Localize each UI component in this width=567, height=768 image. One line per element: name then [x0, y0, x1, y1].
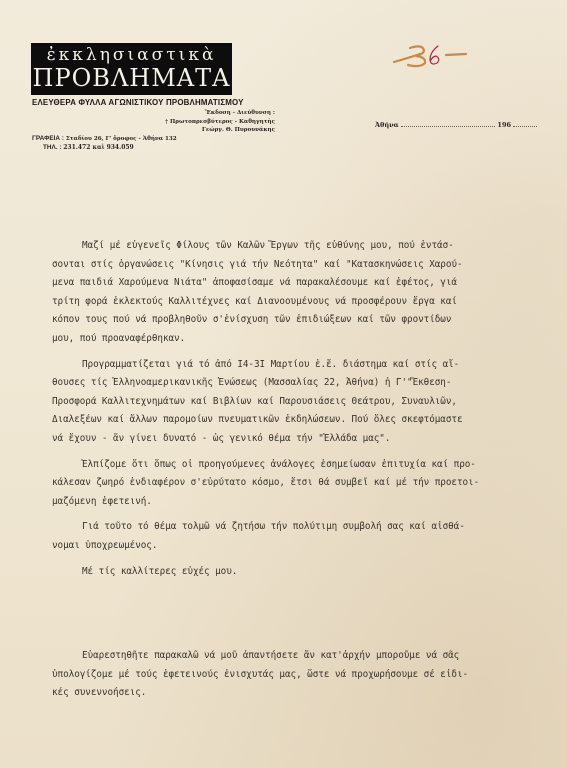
- text-line: τρίτη φορά ἐκλεκτούς Καλλιτέχνες καί Δια…: [52, 293, 522, 312]
- text-line: Ἐλπίζομε ὅτι ὅπως οἱ προηγούμενες ἀνάλογ…: [82, 456, 522, 475]
- paragraph: Προγραμματίζεται γιά τό ἀπό Ι4-3Ι Μαρτίο…: [82, 356, 522, 449]
- paragraph: Ἐλπίζομε ὅτι ὅπως οἱ προηγούμενες ἀνάλογ…: [82, 456, 522, 512]
- text-line: μου, πού προαναφέρθηκαν.: [52, 330, 522, 349]
- dateline-place: Ἀθήνα: [375, 121, 399, 129]
- text-line: θουσες τίς Ἑλληνοαμερικανικῆς Ἑνώσεως (Μ…: [52, 374, 522, 393]
- text-line: Μαζί μέ εὐγενεῖς Φίλους τῶν Καλῶν Ἔργων …: [52, 237, 522, 256]
- closing-line: Μέ τίς καλλίτερες εὐχές μου.: [82, 563, 522, 582]
- publisher-info: Ἔκδοση - Διεύθυνση : † Πρωτοπρεσβύτερος …: [60, 109, 275, 135]
- text-line: κάλεσαν ζωηρό ἐνδιαφέρον σ'εὐρύτατο κόσμ…: [52, 474, 522, 493]
- publisher-line: Ἔκδοση - Διεύθυνση :: [60, 109, 275, 118]
- paragraph: Μαζί μέ εὐγενεῖς Φίλους τῶν Καλῶν Ἔργων …: [82, 237, 522, 349]
- dateline: Ἀθήνα 196: [375, 121, 537, 129]
- text-line: Προγραμματίζεται γιά τό ἀπό Ι4-3Ι Μαρτίο…: [82, 356, 522, 375]
- text-line: Εὐαρεστηθῆτε παρακαλῶ νά μοῦ ἀπαντήσετε …: [82, 647, 522, 666]
- phone-line: ΤΗΛ. : 231.472 καὶ 934.059: [43, 144, 134, 151]
- phone-label: ΤΗΛ. :: [43, 144, 61, 151]
- letter-body: Μαζί μέ εὐγενεῖς Φίλους τῶν Καλῶν Ἔργων …: [82, 237, 522, 710]
- text-line: Διαλεξέων καί ἄλλων παρομοίων πνευματικῶ…: [52, 411, 522, 430]
- letterhead-tagline: ΕΛΕΥΘΕΡΑ ΦΥΛΛΑ ΑΓΩΝΙΣΤΙΚΟΥ ΠΡΟΒΛΗΜΑΤΙΣΜΟ…: [32, 97, 244, 107]
- text-line: Μέ τίς καλλίτερες εὐχές μου.: [82, 563, 522, 582]
- dateline-year-blank: [513, 125, 537, 127]
- text-line: κόπον τους πού νά προβληθοῦν σ'ἐνίσχυση …: [52, 311, 522, 330]
- masthead-title-bottom: ΠΡΟΒΛΗΜΑΤΑ: [31, 65, 232, 91]
- text-line: σονται στίς ὀργανώσεις "Κίνησις γιά τήν …: [52, 256, 522, 275]
- offices-value: Σταδίου 26, Γ' ὄροφος - Ἀθήνα 132: [66, 136, 177, 142]
- letter-page: ἐκκλησιαστικὰ ΠΡΟΒΛΗΜΑΤΑ ΕΛΕΥΘΕΡΑ ΦΥΛΛΑ …: [0, 0, 567, 768]
- masthead-title-top: ἐκκλησιαστικὰ: [31, 43, 232, 65]
- text-line: ὑπολογίζομε μέ τούς ἐφετεινούς ἐνισχυτάς…: [52, 666, 522, 685]
- paragraph: Γιά τοῦτο τό θέμα τολμῶ νά ζητήσω τήν πο…: [82, 518, 522, 555]
- text-line: νά ἔχουν - ἄν γίνει δυνατό - ὡς γενικό θ…: [52, 430, 522, 449]
- dateline-year: 196: [497, 121, 511, 129]
- masthead-logo: ἐκκλησιαστικὰ ΠΡΟΒΛΗΜΑΤΑ: [31, 43, 232, 95]
- text-line: Γιά τοῦτο τό θέμα τολμῶ νά ζητήσω τήν πο…: [82, 518, 522, 537]
- text-line: κές συνεννοήσεις.: [52, 684, 522, 703]
- offices-address: ΓΡΑΦΕΙΑ : Σταδίου 26, Γ' ὄροφος - Ἀθήνα …: [32, 134, 177, 144]
- dateline-blank: [401, 125, 496, 127]
- paragraph: Εὐαρεστηθῆτε παρακαλῶ νά μοῦ ἀπαντήσετε …: [82, 647, 522, 703]
- text-line: μαζόμενη ἐφετεινή.: [52, 493, 522, 512]
- publisher-line: † Πρωτοπρεσβύτερος - Καθηγητὴς: [60, 118, 275, 127]
- text-line: νομαι ὑποχρεωμένος.: [52, 537, 522, 556]
- text-line: μενα παιδιά Χαρούμενα Νιάτα" ἀποφασίσαμε…: [52, 274, 522, 293]
- text-line: Προσφορά Καλλιτεχνημάτων καί Βιβλίων καί…: [52, 393, 522, 412]
- handwritten-page-number: [390, 40, 470, 70]
- phone-numbers: 231.472 καὶ 934.059: [63, 144, 133, 151]
- offices-label: ΓΡΑΦΕΙΑ :: [32, 135, 64, 142]
